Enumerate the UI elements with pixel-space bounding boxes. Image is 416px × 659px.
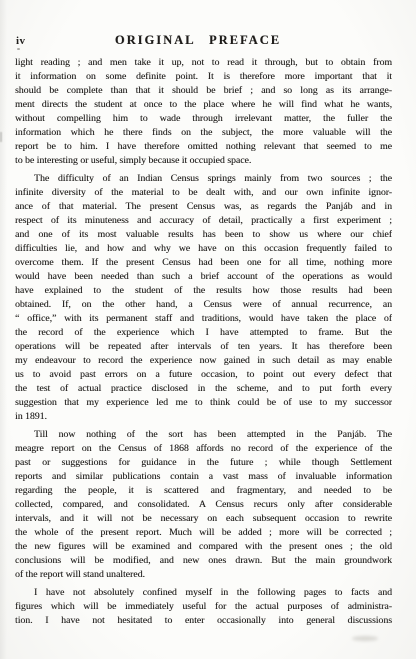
text-line: the test of actual practice disclosed in…	[15, 382, 392, 396]
paragraph: I have not absolutely confined myself in…	[15, 586, 392, 628]
text-line: difficulties lie, and how and why we hav…	[15, 242, 392, 256]
text-line: in 1891.	[15, 410, 392, 424]
text-line: “ office,” with its permanent staff and …	[15, 312, 392, 326]
paragraph: The difficulty of an Indian Census sprin…	[15, 172, 392, 424]
text-line: overcome them. If the present Census had…	[15, 256, 392, 270]
scan-artifact-edge	[0, 132, 2, 142]
text-line: The difficulty of an Indian Census sprin…	[15, 172, 392, 186]
text-line: us to avoid past errors on a future occa…	[15, 368, 392, 382]
text-line: ance of that material. The present Censu…	[15, 200, 392, 214]
text-line: should be complete than that it should b…	[15, 84, 392, 98]
text-line: information which he there finds on the …	[15, 126, 392, 140]
text-line: have explained to the student of the res…	[15, 284, 392, 298]
text-line: figures which will be immediately useful…	[15, 600, 392, 614]
text-line: would have been needed than such a brief…	[15, 270, 392, 284]
text-line: report be to him. I have therefore omitt…	[15, 140, 392, 154]
page-title: ORIGINAL PREFACE	[0, 33, 396, 48]
scan-artifact-dot	[17, 48, 20, 50]
running-header: iv ORIGINAL PREFACE	[0, 33, 416, 49]
text-line: to be interesting or useful, simply beca…	[15, 154, 392, 168]
text-line: I have not absolutely confined myself in…	[15, 586, 392, 600]
text-line: obtained. If, on the other hand, a Censu…	[15, 298, 392, 312]
text-line: regarding the people, it is scattered an…	[15, 484, 392, 498]
paragraph: Till now nothing of the sort has been at…	[15, 428, 392, 582]
text-line: it information on some definite point. I…	[15, 70, 392, 84]
text-line: Till now nothing of the sort has been at…	[15, 428, 392, 442]
text-line: past or suggestions for guidance in the …	[15, 456, 392, 470]
text-line: of the report will stand unaltered.	[15, 568, 392, 582]
text-line: and one of its most valuable results has…	[15, 228, 392, 242]
text-line: meagre report on the Census of 1868 affo…	[15, 442, 392, 456]
scanned-book-page: iv ORIGINAL PREFACE light reading ; and …	[0, 0, 416, 659]
text-line: light reading ; and men take it up, not …	[15, 56, 392, 70]
text-line: conclusions will be modified, and new on…	[15, 554, 392, 568]
page-body: light reading ; and men take it up, not …	[15, 56, 392, 628]
text-line: infinite diversity of the material to be…	[15, 186, 392, 200]
text-line: without compelling him to wade through i…	[15, 112, 392, 126]
text-line: intervals, and it will not be necessary …	[15, 512, 392, 526]
text-line: my endeavour to record the experience no…	[15, 354, 392, 368]
text-line: tion. I have not hesitated to enter occa…	[15, 614, 392, 628]
scan-artifact-smudge	[352, 636, 378, 641]
text-line: ment directs the student at once to the …	[15, 98, 392, 112]
text-line: respect of its minuteness and accuracy o…	[15, 214, 392, 228]
text-line: the whole of the present report. Much wi…	[15, 526, 392, 540]
text-line: the new figures will be examined and com…	[15, 540, 392, 554]
text-line: suggestion that my experience led me to …	[15, 396, 392, 410]
text-line: collected, compared, and consolidated. A…	[15, 498, 392, 512]
text-line: the record of the experience which I hav…	[15, 326, 392, 340]
paragraph: light reading ; and men take it up, not …	[15, 56, 392, 168]
text-line: reports and similar publications contain…	[15, 470, 392, 484]
text-line: operations will be repeated after interv…	[15, 340, 392, 354]
